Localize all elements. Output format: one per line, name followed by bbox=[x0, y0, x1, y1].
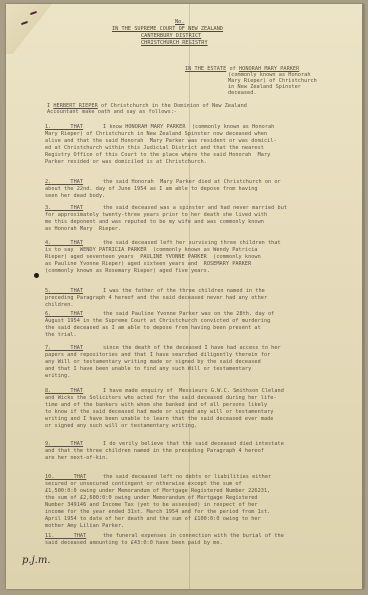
court-title: IN THE SUPREME COURT OF NEW ZEALAND bbox=[112, 26, 223, 32]
punch-hole bbox=[34, 273, 39, 278]
paragraph-3-line: the said deceased was a spinster and had… bbox=[103, 205, 287, 211]
paragraph-10-heading: 10. THAT bbox=[45, 474, 86, 480]
paragraph-6-line: the said Pauline Yvonne Parker was on th… bbox=[103, 311, 274, 317]
paragraph-4-heading: 4. THAT bbox=[45, 240, 83, 246]
paragraph-3-line: me this deponent and was reputed to be m… bbox=[45, 219, 264, 225]
paragraph-3-line: for approximately twenty-three years pri… bbox=[45, 212, 267, 218]
paragraph-10-line: income for the year ended 31st. March 19… bbox=[45, 509, 270, 515]
paragraph-6-heading: 6. THAT bbox=[45, 311, 83, 317]
paragraph-4-line: as Pauline Yvonne Rieper) aged sixteen y… bbox=[45, 261, 251, 267]
staple-mark bbox=[21, 21, 28, 25]
district-title: CANTERBURY DISTRICT bbox=[141, 33, 201, 39]
paragraph-9-line: I do verily believe that the said deceas… bbox=[103, 441, 284, 447]
paragraph-7-line: papers and repositories and that I have … bbox=[45, 352, 270, 358]
paragraph-11-line: said deceased amounting to £43:0:0 have … bbox=[45, 540, 223, 546]
paragraph-1-line: Parker resided or was domiciled is at Ch… bbox=[45, 159, 207, 165]
paragraph-11-line: the funeral expenses in connection with … bbox=[103, 533, 284, 539]
paragraph-1-line: alive and that the said Honorah Mary Par… bbox=[45, 138, 277, 144]
paragraph-1-heading: 1. THAT bbox=[45, 124, 83, 130]
paragraph-8-line: time and of the bankers with whom she ba… bbox=[45, 402, 267, 408]
paragraph-6-line: the said deceased as I am able to depose… bbox=[45, 325, 261, 331]
paragraph-11-heading: 11. THAT bbox=[45, 533, 86, 539]
paragraph-6-line: the trial. bbox=[45, 332, 77, 338]
document-number-label: No. bbox=[175, 19, 185, 25]
paragraph-10-line: mother Amy Lilian Parker. bbox=[45, 523, 124, 529]
staple-mark bbox=[30, 11, 37, 15]
paragraph-2-heading: 2. THAT bbox=[45, 179, 83, 185]
registry-title: CHRISTCHURCH REGISTRY bbox=[141, 40, 208, 46]
paragraph-10-line: Number 349146 and Income Tax (yet to be … bbox=[45, 502, 258, 508]
paragraph-5-line: preceding Paragraph 4 hereof and the sai… bbox=[45, 295, 267, 301]
signature: p.j.m. bbox=[22, 555, 51, 566]
paragraph-2-line: the said Honorah Mary Parker died at Chr… bbox=[103, 179, 281, 185]
paragraph-8-line: or signed any such will or testamentary … bbox=[45, 423, 197, 429]
paragraph-9-heading: 9. THAT bbox=[45, 441, 83, 447]
paragraph-4-line: Rieper) aged seventeen years PAULINE YVO… bbox=[45, 254, 261, 260]
paragraph-1-line: Mary Rieper) of Christchurch in New Zeal… bbox=[45, 131, 267, 137]
estate-line: deceased. bbox=[228, 90, 257, 96]
paragraph-2-line: about the 22nd. day of June 1954 as I am… bbox=[45, 186, 258, 192]
paragraph-10-line: the sum of £2,600:0:0 owing under Memora… bbox=[45, 495, 258, 501]
paragraph-2-line: seen her dead body. bbox=[45, 193, 105, 199]
paragraph-10-line: secured or unsecured contingent or other… bbox=[45, 481, 242, 487]
paragraph-7-heading: 7. THAT bbox=[45, 345, 83, 351]
paragraph-4-line: is to say WENDY PATRICIA PARKER (commonl… bbox=[45, 247, 258, 253]
paragraph-1-line: Registry Office of this Court to the pla… bbox=[45, 152, 270, 158]
paragraph-8-line: and Wicks the Solicitors who acted for t… bbox=[45, 395, 277, 401]
paragraph-3-line: as Honorah Mary Rieper. bbox=[45, 226, 121, 232]
paragraph-9-line: are her next-of-kin. bbox=[45, 455, 108, 461]
paragraph-4-line: the said deceased left her surviving thr… bbox=[103, 240, 281, 246]
paragraph-7-line: since the death of the deceased I have h… bbox=[103, 345, 281, 351]
paragraph-4-line: (commonly known as Rosemary Rieper) aged… bbox=[45, 268, 210, 274]
paragraph-5-line: I was the father of the three children n… bbox=[103, 288, 265, 294]
paragraph-3-heading: 3. THAT bbox=[45, 205, 83, 211]
paragraph-1-line: ed at Christchurch within this Judicial … bbox=[45, 145, 264, 151]
paragraph-5-heading: 5. THAT bbox=[45, 288, 83, 294]
paragraph-8-line: I have made enquiry of Messieurs G.W.C. … bbox=[103, 388, 284, 394]
paragraph-9-line: and that the three children named in the… bbox=[45, 448, 264, 454]
paragraph-5-line: children. bbox=[45, 302, 74, 308]
paragraph-8-heading: 8. THAT bbox=[45, 388, 83, 394]
deponent-intro-line: Accountant make oath and say as follows:… bbox=[47, 109, 177, 115]
paragraph-1-line: I know HONORAH MARY PARKER (commonly kno… bbox=[103, 124, 274, 130]
paragraph-10-line: the said deceased left no debts or liabi… bbox=[103, 474, 271, 480]
paragraph-7-line: any Will or testamentary writing made or… bbox=[45, 359, 261, 365]
paragraph-10-line: £1,500:0:0 owing under Memorandum of Mor… bbox=[45, 488, 270, 494]
paragraph-6-line: August 1954 in the Supreme Court at Chri… bbox=[45, 318, 270, 324]
paragraph-7-line: and that I have been unable to find any … bbox=[45, 366, 251, 372]
paragraph-8-line: writing and I have been unable to learn … bbox=[45, 416, 273, 422]
paragraph-8-line: to know if the said deceased had made or… bbox=[45, 409, 273, 415]
paragraph-7-line: writing. bbox=[45, 373, 70, 379]
paragraph-10-line: April 1954 to date of her death and the … bbox=[45, 516, 261, 522]
